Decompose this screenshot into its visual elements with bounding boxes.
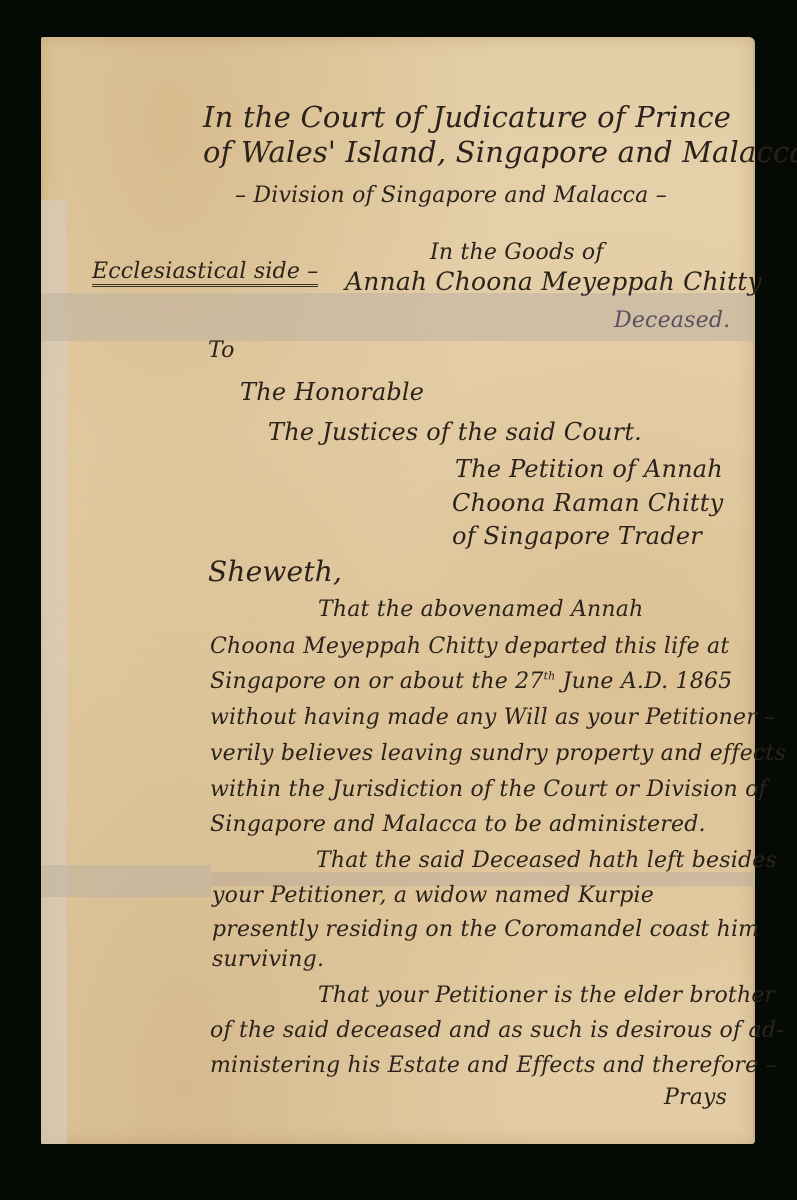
petitioner-line-2: Choona Raman Chitty [452,489,723,517]
para3-line-1: That your Petitioner is the elder brothe… [318,983,775,1008]
petitioner-line-1: The Petition of Annah [455,455,723,483]
tape-strip-left [41,200,67,1144]
para2-line-1: That the said Deceased hath left besides [316,848,777,873]
para1-line-2: Choona Meyeppah Chitty departed this lif… [210,634,729,659]
address-to: To [208,338,235,363]
heading-line-2: of Wales' Island, Singapore and Malacca. [203,135,797,169]
para1-date-day: Singapore on or about the 27 [210,669,544,694]
para1-date-suffix: th [544,670,556,683]
sheweth-heading: Sheweth, [208,555,342,588]
para1-line-4: without having made any Will as your Pet… [210,705,775,730]
para1-line-1: That the abovenamed Annah [318,597,643,622]
para3-line-3: ministering his Estate and Effects and t… [210,1053,777,1078]
para1-line-7: Singapore and Malacca to be administered… [210,812,706,837]
goods-intro: In the Goods of [430,240,604,265]
para3-line-2: of the said deceased and as such is desi… [210,1018,784,1043]
catchword-prays: Prays [664,1085,727,1110]
deceased-status: Deceased. [614,308,730,333]
para2-line-3: presently residing on the Coromandel coa… [212,917,759,942]
para1-date-rest: June A.D. 1865 [555,669,732,694]
deceased-name: Annah Choona Meyeppah Chitty [345,267,762,296]
heading-line-1: In the Court of Judicature of Prince [203,100,731,134]
division-text: – Division of Singapore and Malacca – [235,183,667,208]
petitioner-line-3: of Singapore Trader [452,522,702,550]
division-heading: – Division of Singapore and Malacca – [235,183,667,208]
para1-line-6: within the Jurisdiction of the Court or … [210,777,767,802]
para2-line-4: surviving. [212,947,324,972]
address-justices: The Justices of the said Court. [268,418,642,446]
para2-line-2: your Petitioner, a widow named Kurpie [212,883,654,908]
para1-line-5: verily believes leaving sundry property … [210,741,786,766]
para1-line-3: Singapore on or about the 27th June A.D.… [210,669,732,694]
address-honorable: The Honorable [240,378,424,406]
ecclesiastical-side-label: Ecclesiastical side – [92,259,318,287]
tape-strip-lower [41,865,211,897]
